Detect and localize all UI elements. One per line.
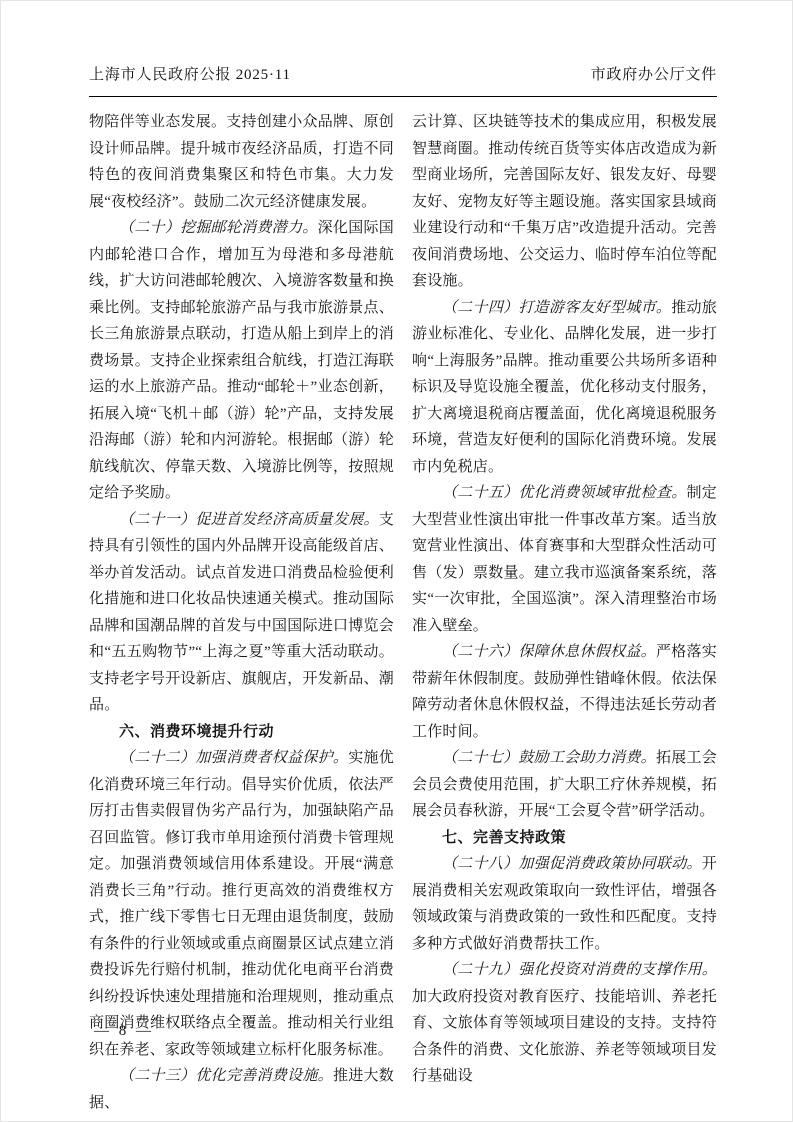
item-lead: （二十二）加强消费者权益保护。 xyxy=(119,750,348,766)
page-number: — 8 — xyxy=(94,1023,154,1040)
paragraph-item-24: （二十四）打造游客友好型城市。推动旅游业标准化、专业化、品牌化发展，进一步打响“… xyxy=(412,295,717,481)
item-lead: （二十）挖掘邮轮消费潜力。 xyxy=(119,220,318,236)
item-lead: （二十九）强化投资对消费的支撑作用。 xyxy=(442,962,717,978)
section-heading-7: 七、完善支持政策 xyxy=(412,825,717,852)
item-lead: （二十四）打造游客友好型城市。 xyxy=(442,300,671,316)
paragraph-text: 云计算、区块链等技术的集成应用，积极发展智慧商圈。推动传统百货等实体店改造成为新… xyxy=(412,114,717,289)
document-category: 市政府办公厅文件 xyxy=(591,63,717,84)
item-lead: （二十三）优化完善消费设施。 xyxy=(119,1068,333,1084)
page-content: 上海市人民政府公报 2025·11 市政府办公厅文件 物陪伴等业态发展。支持创建… xyxy=(89,63,717,1116)
paragraph-continuation: 云计算、区块链等技术的集成应用，积极发展智慧商圈。推动传统百货等实体店改造成为新… xyxy=(412,109,717,295)
paragraph-item-23: （二十三）优化完善消费设施。推进大数据、 xyxy=(89,1063,394,1116)
paragraph-item-27: （二十七）鼓励工会助力消费。拓展工会会员会费使用范围，扩大职工疗休养规模，拓展会… xyxy=(412,745,717,825)
paragraph-item-25: （二十五）优化消费领域审批检查。制定大型营业性演出审批一件事改革方案。适当放宽营… xyxy=(412,480,717,639)
item-text: 推动旅游业标准化、专业化、品牌化发展，进一步打响“上海服务”品牌。推动重要公共场… xyxy=(412,300,717,475)
paragraph-text: 物陪伴等业态发展。支持创建小众品牌、原创设计师品牌。提升城市夜经济品质，打造不同… xyxy=(89,114,394,210)
paragraph-item-22: （二十二）加强消费者权益保护。实施优化消费环境三年行动。倡导实价优质，依法严厉打… xyxy=(89,745,394,1063)
two-column-body: 物陪伴等业态发展。支持创建小众品牌、原创设计师品牌。提升城市夜经济品质，打造不同… xyxy=(89,109,717,1116)
item-lead: （二十五）优化消费领域审批检查。 xyxy=(442,485,687,501)
item-text: 深化国际国内邮轮港口合作，增加互为母港和多母港航线，扩大访问港邮轮艘次、入境游客… xyxy=(89,220,394,501)
section-heading-6: 六、消费环境提升行动 xyxy=(89,719,394,746)
paragraph-item-20: （二十）挖掘邮轮消费潜力。深化国际国内邮轮港口合作，增加互为母港和多母港航线，扩… xyxy=(89,215,394,507)
item-lead: （二十一）促进首发经济高质量发展。 xyxy=(119,512,379,528)
column-left: 物陪伴等业态发展。支持创建小众品牌、原创设计师品牌。提升城市夜经济品质，打造不同… xyxy=(89,109,394,1116)
gazette-title: 上海市人民政府公报 2025·11 xyxy=(89,63,291,84)
paragraph-item-29: （二十九）强化投资对消费的支撑作用。加大政府投资对教育医疗、技能培训、养老托育、… xyxy=(412,957,717,1090)
item-text: 支持具有引领性的国内外品牌开设高能级首店、举办首发活动。试点首发进口消费品检验便… xyxy=(89,512,394,714)
item-lead: （二十六）保障休息休假权益。 xyxy=(442,644,656,660)
gazette-page: 上海市人民政府公报 2025·11 市政府办公厅文件 物陪伴等业态发展。支持创建… xyxy=(0,0,793,1122)
paragraph-continuation: 物陪伴等业态发展。支持创建小众品牌、原创设计师品牌。提升城市夜经济品质，打造不同… xyxy=(89,109,394,215)
item-text: 加大政府投资对教育医疗、技能培训、养老托育、文旅体育等领域项目建设的支持。支持符… xyxy=(412,989,717,1085)
paragraph-item-21: （二十一）促进首发经济高质量发展。支持具有引领性的国内外品牌开设高能级首店、举办… xyxy=(89,507,394,719)
item-lead: （二十七）鼓励工会助力消费。 xyxy=(442,750,656,766)
column-right: 云计算、区块链等技术的集成应用，积极发展智慧商圈。推动传统百货等实体店改造成为新… xyxy=(412,109,717,1116)
paragraph-item-26: （二十六）保障休息休假权益。严格落实带薪年休假制度。鼓励弹性错峰休假。依法保障劳… xyxy=(412,639,717,745)
page-header: 上海市人民政府公报 2025·11 市政府办公厅文件 xyxy=(89,63,717,97)
item-text: 制定大型营业性演出审批一件事改革方案。适当放宽营业性演出、体育赛事和大型群众性活… xyxy=(412,485,717,634)
item-lead: （二十八）加强促消费政策协同联动。 xyxy=(442,856,702,872)
item-text: 实施优化消费环境三年行动。倡导实价优质，依法严厉打击售卖假冒伪劣产品行为，加强缺… xyxy=(89,750,394,1058)
paragraph-item-28: （二十八）加强促消费政策协同联动。开展消费相关宏观政策取向一致性评估，增强各领域… xyxy=(412,851,717,957)
